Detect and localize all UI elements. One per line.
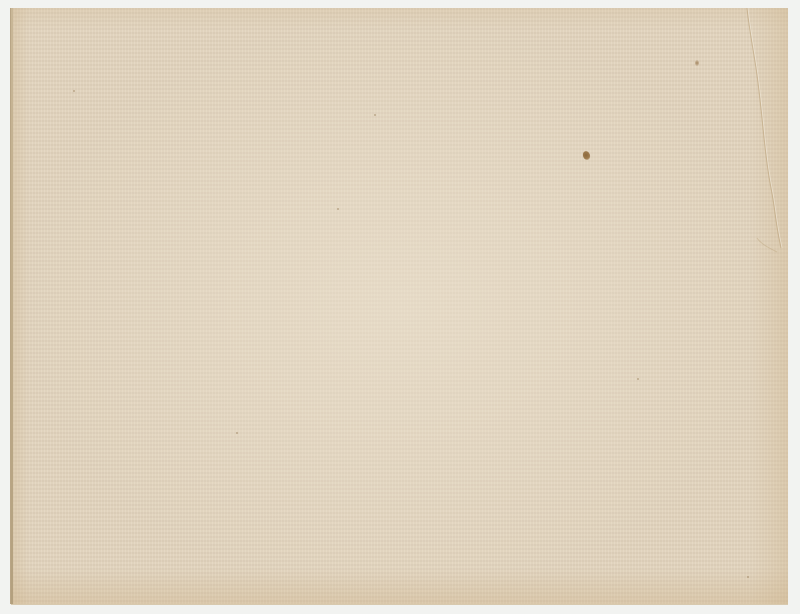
paper-fleck bbox=[637, 378, 639, 380]
paper-fleck bbox=[236, 432, 238, 434]
paper-left-edge bbox=[11, 8, 13, 604]
stain-spot bbox=[582, 150, 592, 161]
stain-spot-small bbox=[695, 60, 699, 66]
scan-background bbox=[0, 0, 800, 614]
paper-fleck bbox=[374, 114, 376, 116]
paper-fleck bbox=[73, 90, 75, 92]
blank-paper-sheet bbox=[11, 8, 788, 604]
paper-fleck bbox=[337, 208, 339, 210]
paper-crease bbox=[11, 8, 788, 604]
paper-fleck bbox=[747, 576, 749, 578]
